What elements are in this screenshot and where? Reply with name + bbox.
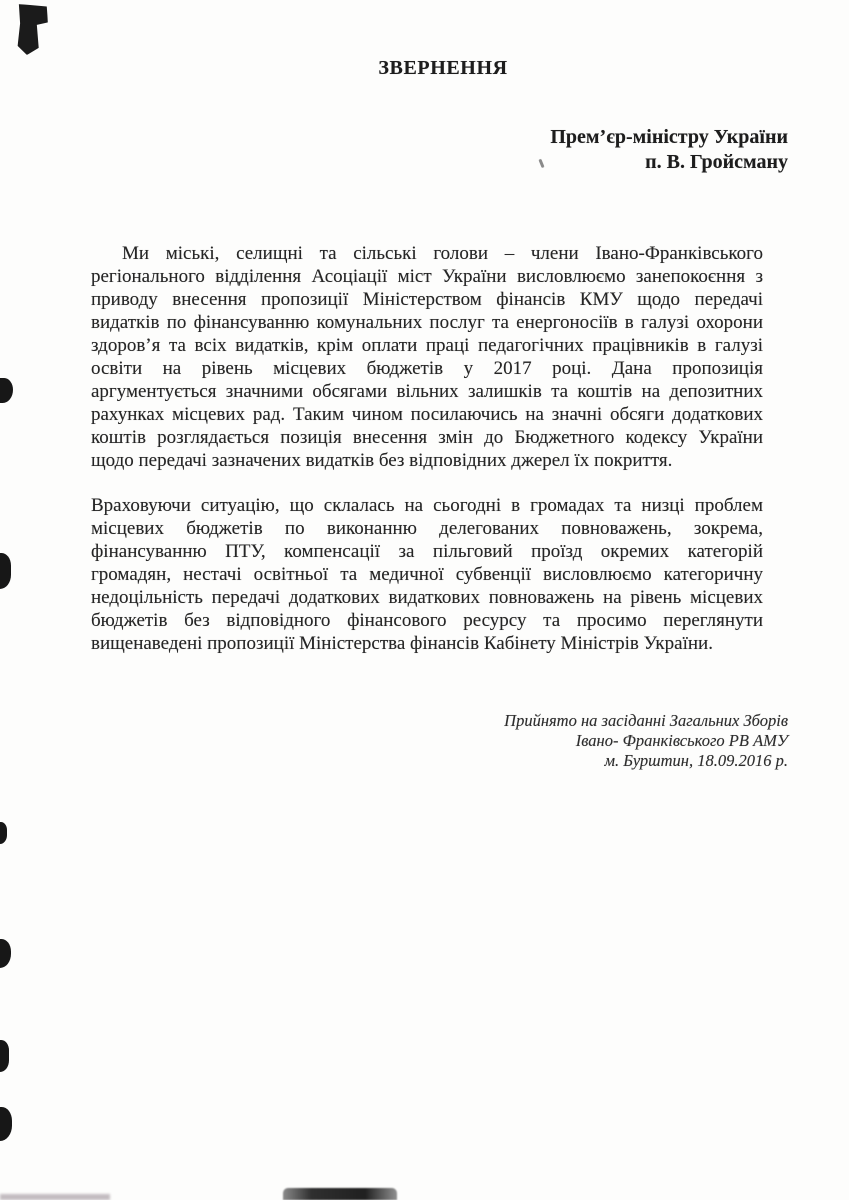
text-line: освіти на рівень місцевих бюджетів у 201…	[91, 357, 763, 380]
text-line: здоров’я та всіх видатків, крім оплати п…	[91, 334, 763, 357]
text-line: аргументується значними обсягами вільних…	[91, 380, 763, 403]
scan-artifact-left-edge	[0, 822, 7, 844]
text-line: Враховуючи ситуацію, що склалась на сьог…	[91, 494, 763, 517]
recipient-line: п. В. Гройсману	[550, 150, 788, 175]
text-line: недоцільність передачі додаткових видатк…	[91, 586, 763, 609]
signature-line: м. Бурштин, 18.09.2016 р.	[504, 751, 788, 771]
scan-artifact-left-edge	[0, 939, 11, 968]
paragraph-2: Враховуючи ситуацію, що склалась на сьог…	[91, 494, 763, 655]
scan-artifact-bottom-streak	[283, 1188, 397, 1200]
scan-artifact-left-edge	[0, 378, 13, 403]
signature-line: Івано- Франківського РВ АМУ	[504, 731, 788, 751]
document-title: ЗВЕРНЕННЯ	[91, 56, 795, 80]
text-line: вищенаведені пропозиції Міністерства фін…	[91, 632, 763, 655]
text-line: приводу внесення пропозиції Міністерство…	[91, 288, 763, 311]
text-line: місцевих бюджетів по виконанню делегован…	[91, 517, 763, 540]
text-line: Ми міські, селищні та сільські голови – …	[91, 242, 763, 265]
text-line: громадян, нестачі освітньої та медичної …	[91, 563, 763, 586]
scan-artifact-bottom-faint-streak	[0, 1194, 110, 1200]
text-line: щодо передачі зазначених видатків без ві…	[91, 449, 763, 472]
paragraph-1: Ми міські, селищні та сільські голови – …	[91, 242, 763, 472]
scan-artifact-left-edge	[0, 1107, 12, 1141]
text-line: бюджетів без відповідного фінансового ре…	[91, 609, 763, 632]
recipient-line: Прем’єр-міністру України	[550, 125, 788, 150]
text-line: рахунках місцевих рад. Таким чином посил…	[91, 403, 763, 426]
signature-block: Прийнято на засіданні Загальних ЗборівІв…	[504, 711, 788, 771]
text-line: фінансуванню ПТУ, компенсації за пільгов…	[91, 540, 763, 563]
signature-line: Прийнято на засіданні Загальних Зборів	[504, 711, 788, 731]
pencil-tick-mark	[538, 159, 544, 168]
text-line: видатків по фінансуванню комунальних пос…	[91, 311, 763, 334]
scan-artifact-left-edge	[0, 1040, 9, 1072]
text-line: коштів розглядається позиція внесення зм…	[91, 426, 763, 449]
recipient-block: Прем’єр-міністру Українип. В. Гройсману	[550, 125, 788, 175]
ink-blot-top-left	[17, 4, 48, 55]
scan-artifact-left-edge	[0, 553, 11, 589]
scanned-letter-page: ЗВЕРНЕННЯ Прем’єр-міністру Українип. В. …	[0, 0, 849, 1200]
letter-body: Ми міські, селищні та сільські голови – …	[91, 242, 763, 655]
text-line: регіонального відділення Асоціації міст …	[91, 265, 763, 288]
